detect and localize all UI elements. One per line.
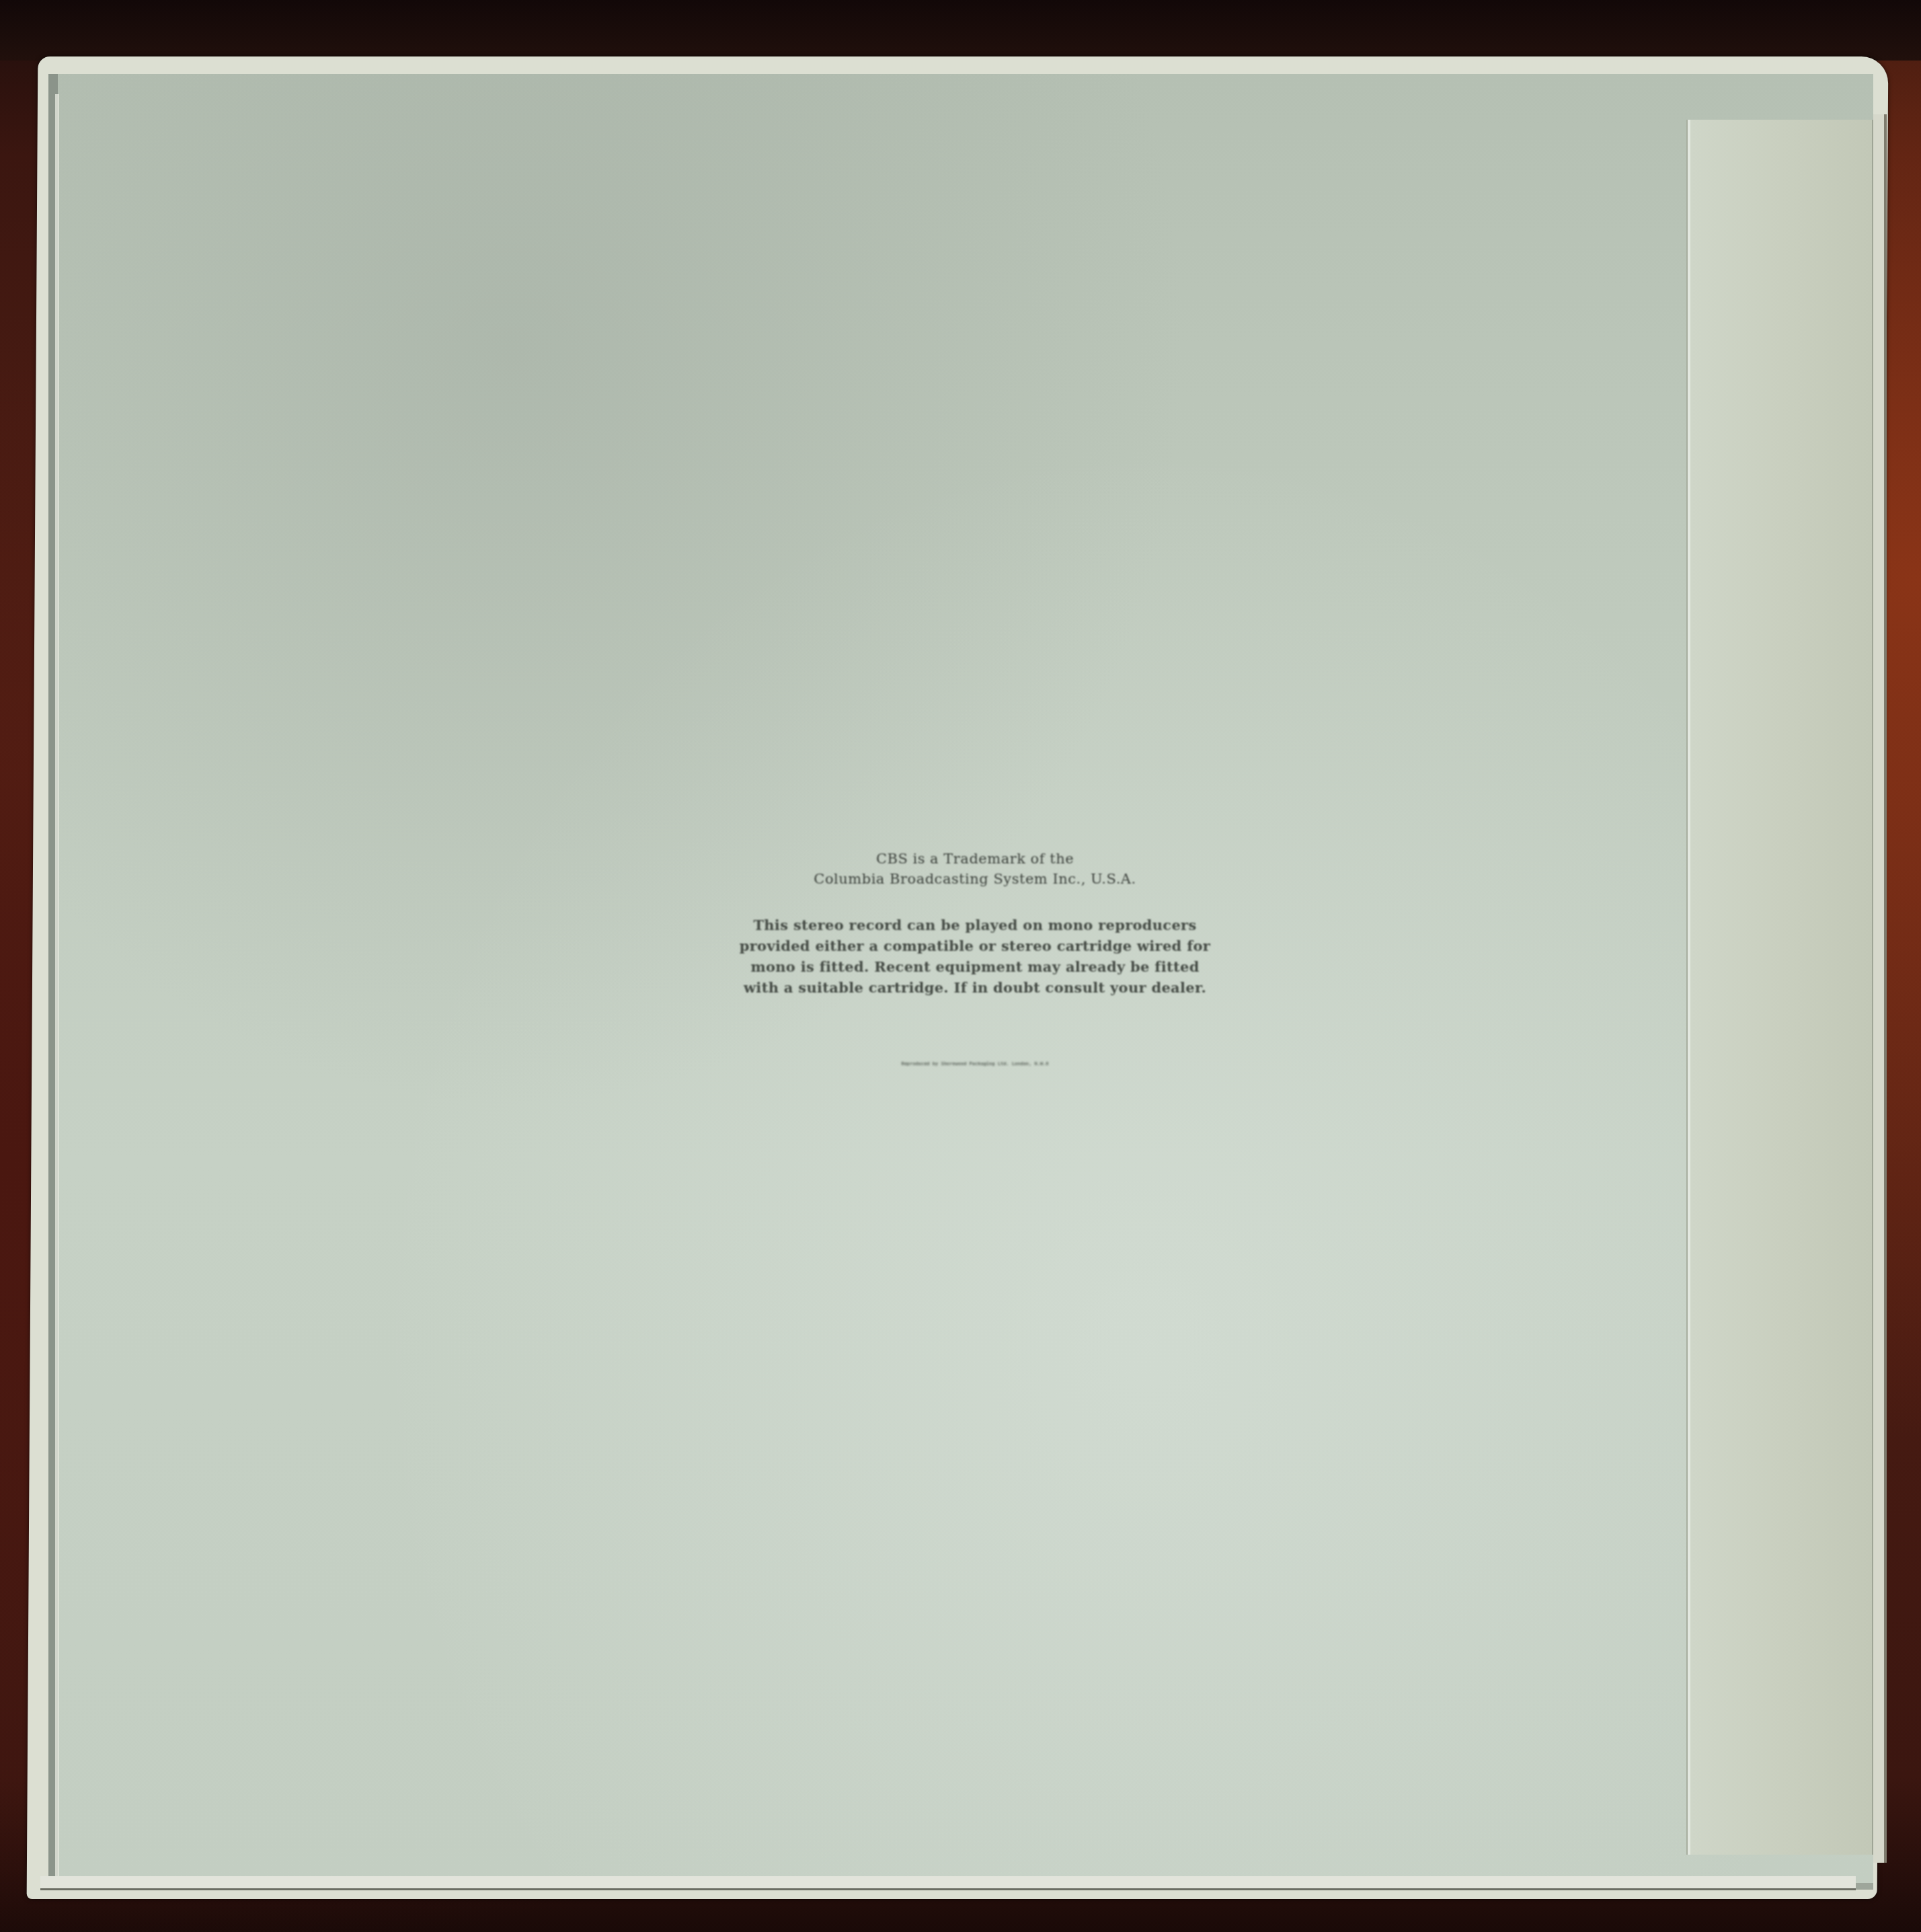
sleeve-spine-flap [1688,120,1876,1855]
stereo-notice-line: mono is fitted. Recent equipment may alr… [672,956,1278,977]
printer-imprint: Reproduced by Shorewood Packaging Ltd. L… [824,1061,1126,1067]
trademark-line: Columbia Broadcasting System Inc., U.S.A… [672,869,1278,889]
printed-notice-block: CBS is a Trademark of the Columbia Broad… [672,849,1278,998]
trademark-notice: CBS is a Trademark of the Columbia Broad… [672,849,1278,889]
background-shadow [0,0,1921,61]
sleeve-left-fold [55,94,59,1876]
stereo-notice: This stereo record can be played on mono… [672,915,1278,998]
sleeve-spine-edge [1873,114,1887,1863]
stereo-notice-line: with a suitable cartridge. If in doubt c… [672,977,1278,998]
trademark-line: CBS is a Trademark of the [672,849,1278,869]
stereo-notice-line: provided either a compatible or stereo c… [672,935,1278,956]
stereo-notice-line: This stereo record can be played on mono… [672,915,1278,935]
sleeve-bottom-edge [40,1876,1856,1890]
